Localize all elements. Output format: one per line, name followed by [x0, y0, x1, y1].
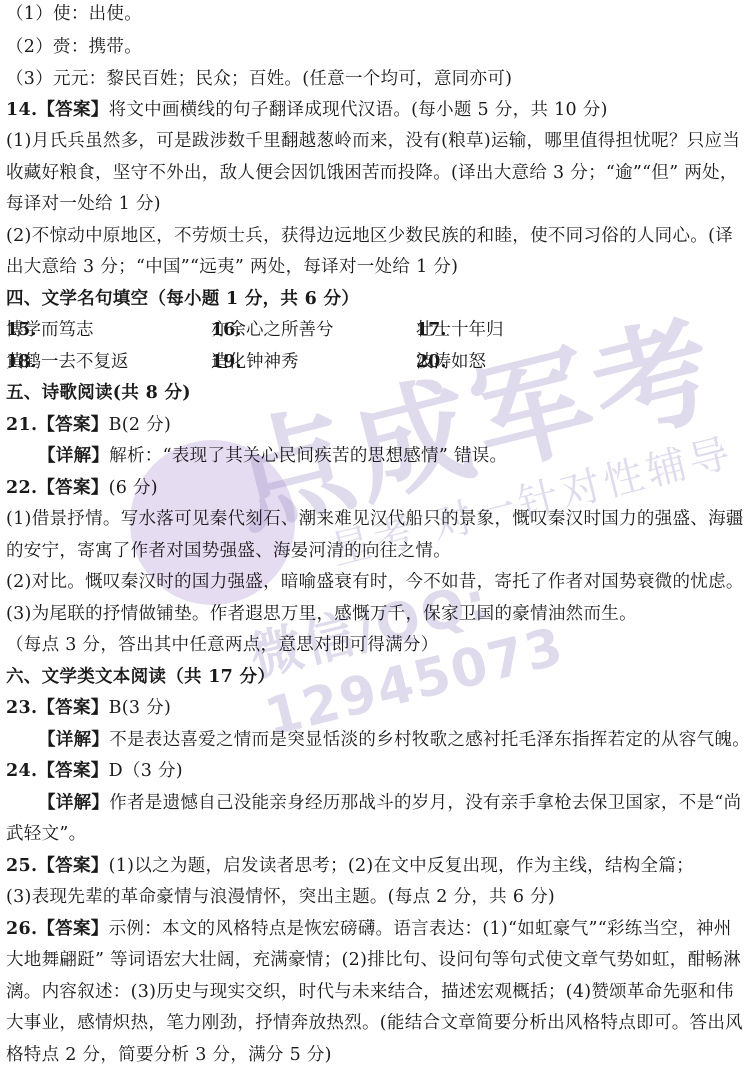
question-number: 25.: [6, 856, 37, 876]
paragraph-line: 收藏好粮食，坚守不外出，敌人便会因饥饿困苦而投降。(译出大意给 3 分；“逾”“…: [6, 161, 738, 185]
q21-detail: 【详解】解析：“表现了其关心民间疾苦的思想感情” 错误。: [38, 444, 507, 468]
answer-tag: 【答案】: [37, 478, 108, 498]
answer-text: 示例：本文的风格特点是恢宏磅礴。语言表达：(1)“如虹豪气”“彩练当空，神州: [109, 919, 732, 939]
question-number: 21.: [6, 415, 37, 435]
paragraph-line: 武轻文”。: [6, 822, 86, 846]
paragraph-line: 漓。内容叙述：(3)历史与现实交织，时代与未来结合，描述宏观概括；(4)赞颂革命…: [6, 980, 734, 1004]
q24-answer: 24.【答案】D（3 分): [6, 759, 183, 783]
fill-answer: 壮士十年归: [416, 318, 504, 342]
fill-blank-row-1: 15.博学而笃志 16.亦余心之所善兮 17.壮士十年归: [6, 318, 746, 342]
answer-text: 将文中画横线的句子翻译成现代汉语。(每小题 5 分，共 10 分): [109, 100, 608, 120]
question-number: 24.: [6, 761, 37, 781]
detail-text: 作者是遗憾自己没能亲身经历那战斗的岁月，没有亲手拿枪去保卫国家，不是“尚: [109, 793, 741, 813]
answer-text: (6 分): [109, 478, 158, 498]
answer-tag: 【答案】: [37, 698, 108, 718]
paragraph-line: (2)不惊动中原地区，不劳烦士兵，获得边远地区少数民族的和睦，使不同习俗的人同心…: [6, 224, 733, 248]
section-heading-5: 五、诗歌阅读(共 8 分): [6, 381, 191, 405]
fill-blank-row-2: 18.黄鹤一去不复返 19.造化钟神秀 20.波涛如怒: [6, 350, 746, 374]
paragraph-line: 的安宁，寄寓了作者对国势强盛、海晏河清的向往之情。: [6, 539, 451, 563]
detail-tag: 【详解】: [38, 793, 109, 813]
paragraph-line: （每点 3 分，答出其中任意两点，意思对即可得满分）: [6, 633, 439, 657]
answer-text: B(3 分): [109, 698, 172, 718]
question-number: 22.: [6, 478, 37, 498]
vocab-item-1: （1）使：出使。: [6, 2, 142, 26]
section-heading-6: 六、文学类文本阅读（共 17 分）: [6, 665, 275, 689]
paragraph-line: (3)表现先辈的革命豪情与浪漫情怀，突出主题。(每点 2 分，共 6 分): [6, 885, 555, 909]
question-number: 26.: [6, 919, 37, 939]
q23-detail: 【详解】不是表达喜爱之情而是突显恬淡的乡村牧歌之感衬托毛泽东指挥若定的从容气魄。: [38, 728, 750, 752]
paragraph-line: (2)对比。慨叹秦汉时的国力强盛，暗喻盛衰有时，今不如昔，寄托了作者对国势衰微的…: [6, 570, 744, 594]
fill-answer: 波涛如怒: [416, 350, 486, 374]
paragraph-line: 大地舞翩跹” 等词语宏大壮阔，充满豪情；(2)排比句、设问句等句式使文章气势如虹…: [6, 948, 741, 972]
vocab-item-3: （3）元元：黎民百姓；民众；百姓。(任意一个均可，意同亦可): [6, 67, 512, 91]
paragraph-line: 大事业，感情炽热，笔力刚劲，抒情奔放热烈。(能结合文章简要分析出风格特点即可。答…: [6, 1011, 743, 1035]
question-number: 23.: [6, 698, 37, 718]
paragraph-line: (3)为尾联的抒情做铺垫。作者遐思万里，感慨万千，保家卫国的豪情油然而生。: [6, 602, 637, 626]
fill-answer: 造化钟神秀: [211, 350, 299, 374]
answer-text: B(2 分): [109, 415, 172, 435]
q26-answer: 26.【答案】示例：本文的风格特点是恢宏磅礴。语言表达：(1)“如虹豪气”“彩练…: [6, 917, 732, 941]
q21-answer: 21.【答案】B(2 分): [6, 413, 171, 437]
q14-answer-header: 14.【答案】将文中画横线的句子翻译成现代汉语。(每小题 5 分，共 10 分): [6, 98, 608, 122]
answer-text: D（3 分): [109, 761, 183, 781]
paragraph-line: (1)月氏兵虽然多，可是跋涉数千里翻越葱岭而来，没有(粮草)运输，哪里值得担忧呢…: [6, 129, 740, 153]
paragraph-line: (1)借景抒情。写水落可见秦代刻石、潮来难见汉代船只的景象，慨叹秦汉时国力的强盛…: [6, 507, 744, 531]
answer-key-page: 点成军考 星考 对一针对性辅导 微信/QQ: 12945073 （1）使：出使。…: [0, 0, 750, 1081]
q25-answer: 25.【答案】(1)以之为题，启发读者思考；(2)在文中反复出现，作为主线，结构…: [6, 854, 694, 878]
q23-answer: 23.【答案】B(3 分): [6, 696, 171, 720]
fill-answer: 亦余心之所善兮: [211, 318, 334, 342]
section-heading-4: 四、文学名句填空（每小题 1 分，共 6 分）: [6, 287, 359, 311]
fill-answer: 博学而笃志: [6, 318, 94, 342]
detail-tag: 【详解】: [38, 446, 109, 466]
answer-tag: 【答案】: [37, 761, 108, 781]
answer-tag: 【答案】: [37, 415, 108, 435]
fill-answer: 黄鹤一去不复返: [6, 350, 129, 374]
paragraph-line: 出大意给 3 分；“中国”“远夷” 两处，每译对一处给 1 分): [6, 255, 458, 279]
paragraph-line: 格特点 2 分，简要分析 3 分，满分 5 分): [6, 1043, 332, 1067]
paragraph-line: 每译对一处给 1 分): [6, 192, 161, 216]
detail-text: 解析：“表现了其关心民间疾苦的思想感情” 错误。: [109, 446, 507, 466]
answer-tag: 【答案】: [37, 856, 108, 876]
detail-tag: 【详解】: [38, 730, 109, 750]
q24-detail: 【详解】作者是遗憾自己没能亲身经历那战斗的岁月，没有亲手拿枪去保卫国家，不是“尚: [38, 791, 741, 815]
answer-tag: 【答案】: [37, 100, 108, 120]
q22-answer: 22.【答案】(6 分): [6, 476, 158, 500]
answer-text: (1)以之为题，启发读者思考；(2)在文中反复出现，作为主线，结构全篇；: [109, 856, 694, 876]
vocab-item-2: （2）赍：携带。: [6, 35, 142, 59]
answer-tag: 【答案】: [37, 919, 108, 939]
detail-text: 不是表达喜爱之情而是突显恬淡的乡村牧歌之感衬托毛泽东指挥若定的从容气魄。: [109, 730, 750, 750]
question-number: 14.: [6, 100, 37, 120]
